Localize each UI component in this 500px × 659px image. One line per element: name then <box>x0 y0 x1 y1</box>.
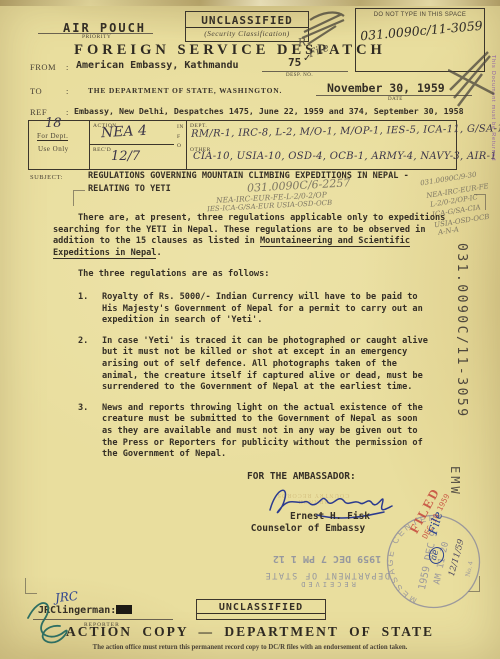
dept-use-line1: For Dept. <box>37 132 68 141</box>
corner-mark-bottom-left <box>25 578 37 594</box>
desp-no-line <box>262 71 348 72</box>
action-value: NEA 4 <box>101 123 148 141</box>
subject-label: SUBJECT: <box>30 174 63 181</box>
subject-line1: REGULATIONS GOVERNING MOUNTAIN CLIMBING … <box>88 171 409 181</box>
to-colon: : <box>66 86 69 96</box>
corner-mark-top-right <box>474 194 486 210</box>
regulation-item-1: 1. Royalty of Rs. 5000/- Indian Currency… <box>78 292 451 327</box>
from-colon: : <box>66 62 69 72</box>
ref-colon: : <box>66 107 69 117</box>
file-number-handwritten: 031.0090c/11-3059 <box>360 18 484 44</box>
body-text: There are, at present, three regulations… <box>53 213 451 461</box>
info-vertical-label: INFO <box>177 123 184 152</box>
date-label: DATE <box>388 97 403 102</box>
item2-text: In case 'Yeti' is traced it can be photo… <box>102 336 432 394</box>
recd-label: REC'D <box>93 147 111 153</box>
unclassified-bottom: UNCLASSIFIED <box>197 602 325 614</box>
unclassified-bottom-box: UNCLASSIFIED <box>196 599 326 620</box>
regulation-item-3: 3. News and reports throwing light on th… <box>78 403 451 461</box>
priority-label: PRIORITY <box>82 34 111 40</box>
routing-row-divider-left <box>89 144 174 145</box>
corner-mark-top-left <box>73 190 85 206</box>
desp-no-label: DESP. NO. <box>286 73 313 78</box>
dept-value: RM/R-1, IRC-8, L-2, M/O-1, M/OP-1, IES-5… <box>191 123 500 139</box>
ref-value: Embassy, New Delhi, Despatches 1475, Jun… <box>74 106 464 116</box>
dept-use-handwritten: 18 <box>45 116 62 131</box>
desp-no-value: 75 <box>288 56 301 69</box>
bf-pencil-scribble <box>448 48 496 110</box>
recd-value: 12/7 <box>111 149 140 164</box>
drafter-redaction <box>116 605 132 614</box>
item1-text: Royalty of Rs. 5000/- Indian Currency wi… <box>102 292 432 327</box>
para1-end: . <box>156 248 161 258</box>
margin-file-number: 031.0090C/11-3059 <box>454 243 469 419</box>
from-value: American Embassy, Kathmandu <box>76 60 239 71</box>
torn-paper-edge <box>0 0 500 6</box>
info-strip: INFO <box>174 121 187 169</box>
date-value: November 30, 1959 <box>327 81 445 95</box>
unclassified-top: UNCLASSIFIED <box>186 14 308 28</box>
message-center-no: No. 4 <box>464 560 475 577</box>
security-classification-label: (Security Classification) <box>186 29 308 38</box>
typed-signer-title: Counselor of Embassy <box>228 523 388 534</box>
item3-text: News and reports throwing light on the a… <box>102 403 432 461</box>
body-paragraph-2: The three regulations are as follows: <box>53 269 451 281</box>
security-classification-box: UNCLASSIFIED (Security Classification) <box>185 11 309 42</box>
routing-box: For Dept. Use Only 18 INFO ACTION NEA 4 … <box>28 120 457 170</box>
regulation-item-2: 2. In case 'Yeti' is traced it can be ph… <box>78 336 451 394</box>
item1-number: 1. <box>78 292 91 327</box>
subject-line2: RELATING TO YETI <box>88 184 171 194</box>
desp-no-checkmark: ✓ <box>303 53 311 64</box>
margin-emw: EMW <box>448 466 462 497</box>
from-label: FROM <box>30 62 56 72</box>
to-label: TO <box>30 86 42 96</box>
dept-use-line2: Use Only <box>38 145 69 153</box>
despatch-document: AIR POUCH PRIORITY UNCLASSIFIED (Securit… <box>0 0 500 659</box>
body-paragraph-1: There are, at present, three regulations… <box>53 213 451 259</box>
dept-use-cell: For Dept. Use Only 18 <box>29 121 90 169</box>
item3-number: 3. <box>78 403 91 461</box>
to-value: THE DEPARTMENT OF STATE, WASHINGTON. <box>88 86 282 95</box>
action-copy-title: ACTION COPY — DEPARTMENT OF STATE <box>0 624 500 640</box>
other-value: CIA-10, USIA-10, OSD-4, OCB-1, ARMY-4, N… <box>193 151 497 162</box>
fine-print: The action office must return this perma… <box>0 644 500 651</box>
do-not-type-label: DO NOT TYPE IN THIS SPACE <box>356 12 484 18</box>
item2-number: 2. <box>78 336 91 394</box>
